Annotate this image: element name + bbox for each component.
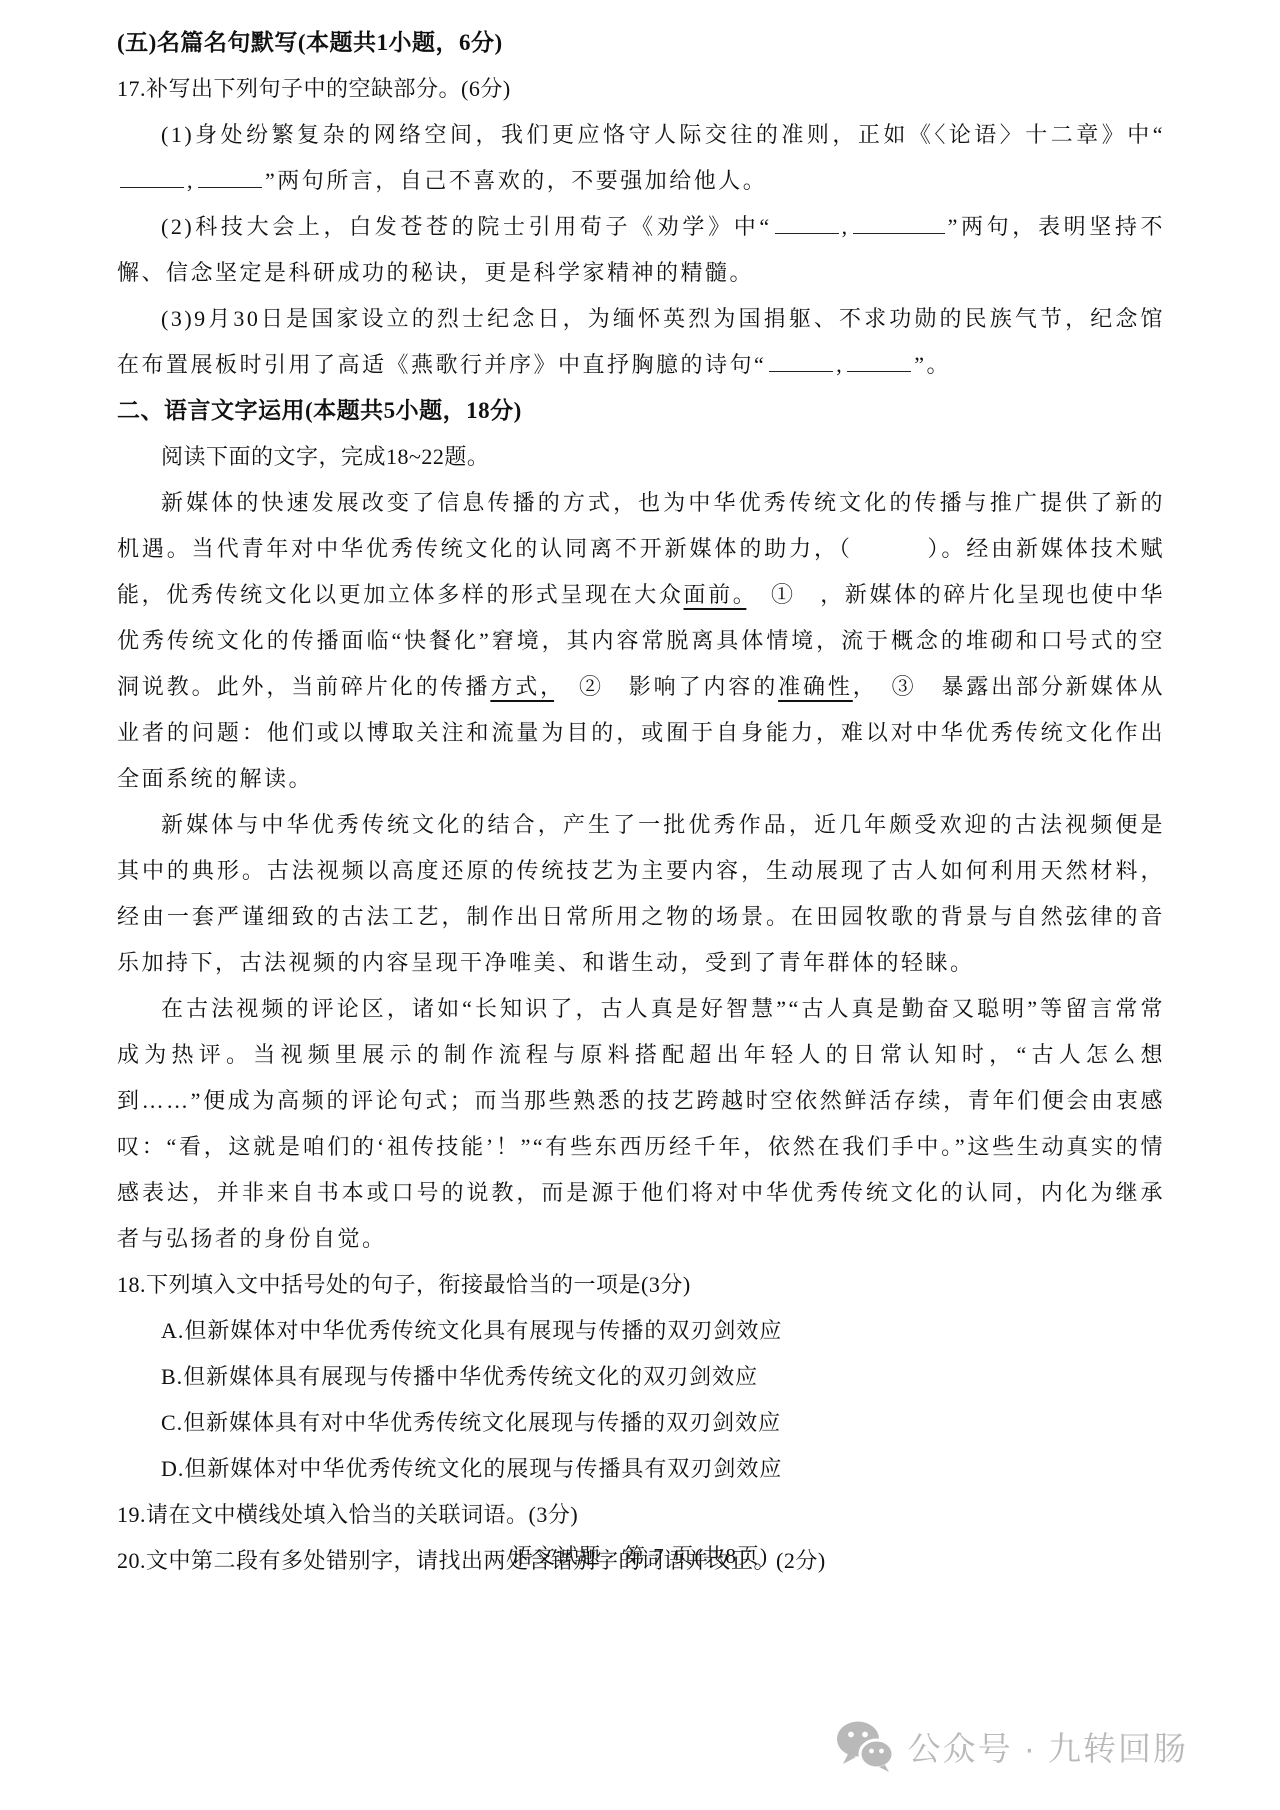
blank-comma: ,: [836, 352, 844, 377]
page-content: (五)名篇名句默写(本题共1小题，6分) 17.补写出下列句子中的空缺部分。(6…: [117, 20, 1165, 1584]
q18-option-c: C.但新媒体具有对中华优秀传统文化展现与传播的双刃剑效应: [117, 1400, 1165, 1446]
q17-stem: 17.补写出下列句子中的空缺部分。(6分): [117, 66, 1165, 112]
q17-item1-pre: (1)身处纷繁复杂的网络空间，我们更应恪守人际交往的准则，正如《〈论语〉十二章》…: [161, 122, 1165, 147]
exam-page: (五)名篇名句默写(本题共1小题，6分) 17.补写出下列句子中的空缺部分。(6…: [0, 0, 1280, 1810]
answer-blank: [853, 213, 945, 234]
section2-heading: 二、语言文字运用(本题共5小题，18分): [117, 388, 1165, 434]
answer-blank: [847, 351, 911, 372]
para1-underlined-2: 方式，: [490, 674, 554, 699]
answer-blank: [120, 167, 184, 188]
q19-stem: 19.请在文中横线处填入恰当的关联词语。(3分): [117, 1492, 1165, 1538]
q18-option-b: B.但新媒体具有展现与传播中华优秀传统文化的双刃剑效应: [117, 1354, 1165, 1400]
q17-item1-post: ”两句所言，自己不喜欢的，不要强加给他人。: [265, 168, 767, 193]
passage-para-2: 新媒体与中华优秀传统文化的结合，产生了一批优秀作品，近几年颇受欢迎的古法视频便是…: [117, 802, 1165, 986]
blank-comma: ,: [842, 214, 850, 239]
wechat-icon: [836, 1720, 894, 1772]
answer-blank: [775, 213, 839, 234]
page-footer: 语文试题 第 7 页(共8页): [0, 1540, 1280, 1570]
answer-blank: [769, 351, 833, 372]
q17-item2-pre: (2)科技大会上，白发苍苍的院士引用荀子《劝学》中“: [161, 214, 772, 239]
para1-underlined-3: 准确性: [778, 674, 853, 699]
q17-item3-post: ”。: [914, 352, 951, 377]
reading-intro: 阅读下面的文字，完成18~22题。: [117, 434, 1165, 480]
watermark-text: 公众号 · 九转回肠: [908, 1723, 1188, 1770]
q17-item-3: (3)9月30日是国家设立的烈士纪念日，为缅怀英烈为国捐躯、不求功勋的民族气节，…: [117, 296, 1165, 388]
q17-item-2: (2)科技大会上，白发苍苍的院士引用荀子《劝学》中“,”两句，表明坚持不懈、信念…: [117, 204, 1165, 296]
watermark: 公众号 · 九转回肠: [836, 1720, 1188, 1772]
para1-underlined-1: 面前。: [684, 582, 747, 607]
q17-item3-pre: (3)9月30日是国家设立的烈士纪念日，为缅怀英烈为国捐躯、不求功勋的民族气节，…: [117, 306, 1165, 377]
q18-option-a: A.但新媒体对中华优秀传统文化具有展现与传播的双刃剑效应: [117, 1308, 1165, 1354]
answer-blank: [198, 167, 262, 188]
q18-option-d: D.但新媒体对中华优秀传统文化的展现与传播具有双刃剑效应: [117, 1446, 1165, 1492]
section5-heading: (五)名篇名句默写(本题共1小题，6分): [117, 20, 1165, 66]
blank-comma: ,: [187, 168, 195, 193]
passage-para-1: 新媒体的快速发展改变了信息传播的方式，也为中华优秀传统文化的传播与推广提供了新的…: [117, 480, 1165, 802]
q18-stem: 18.下列填入文中括号处的句子，衔接最恰当的一项是(3分): [117, 1262, 1165, 1308]
passage-para-3: 在古法视频的评论区，诸如“长知识了，古人真是好智慧”“古人真是勤奋又聪明”等留言…: [117, 986, 1165, 1262]
q17-item-1: (1)身处纷繁复杂的网络空间，我们更应恪守人际交往的准则，正如《〈论语〉十二章》…: [117, 112, 1165, 204]
para1-text-3: ② 影响了内容的: [554, 674, 778, 699]
